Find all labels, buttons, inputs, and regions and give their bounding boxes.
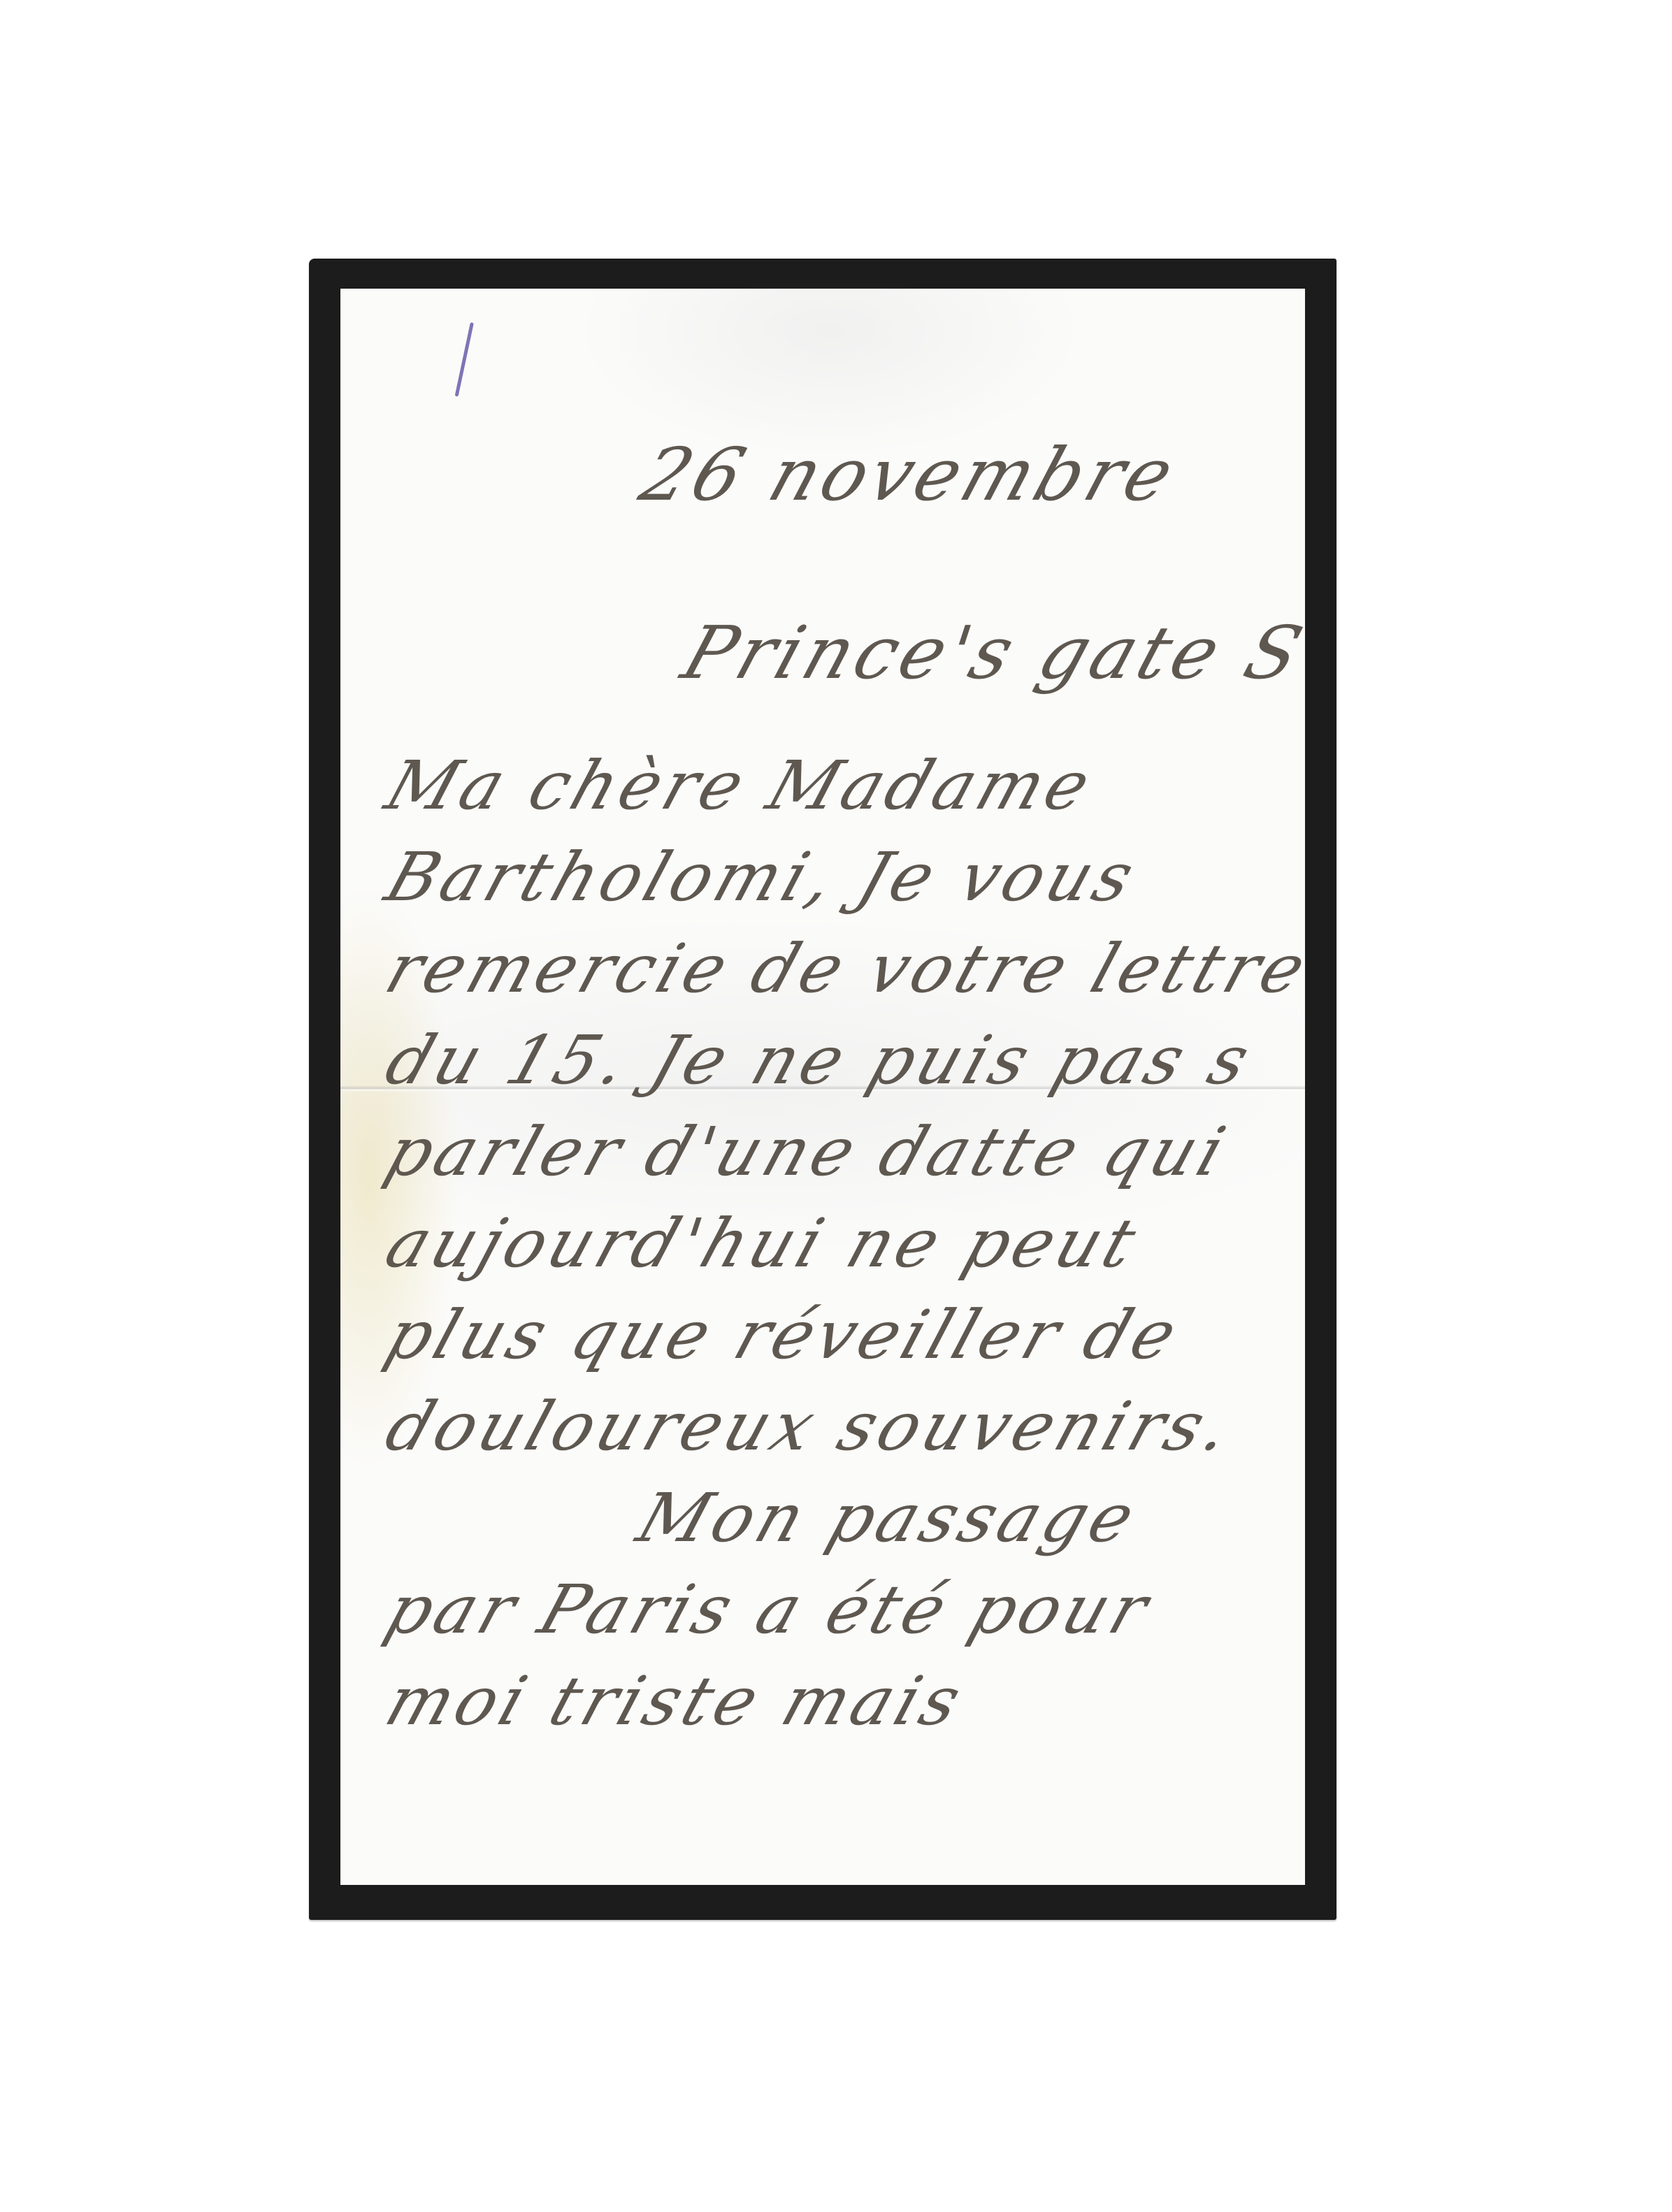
archive-pencil-mark [455,322,474,397]
body-line-4: du 15. Je ne puis pas s [377,1021,1263,1099]
body-line-8: douloureux souvenirs. [377,1387,1244,1466]
letter-date: 26 novembre [630,432,1188,517]
body-line-3: remercie de votre lettre [377,930,1305,1008]
body-line-10: par Paris a été pour [377,1570,1162,1649]
body-line-6: aujourd'hui ne peut [377,1204,1149,1282]
body-line-1: Ma chère Madame [377,746,1104,825]
body-line-5: parler d'une datte qui [377,1113,1239,1191]
body-line-7: plus que réveiller de [377,1296,1190,1374]
body-line-11: moi triste mais [377,1662,974,1740]
letter-address: Prince's gate SW. [672,610,1305,695]
body-line-9: Mon passage [628,1479,1148,1557]
letter-paper: 26 novembre Prince's gate SW. Ma chère M… [340,289,1305,1885]
body-line-2: Bartholomi, Je vous [377,838,1147,916]
mourning-letter-card: 26 novembre Prince's gate SW. Ma chère M… [309,259,1336,1920]
